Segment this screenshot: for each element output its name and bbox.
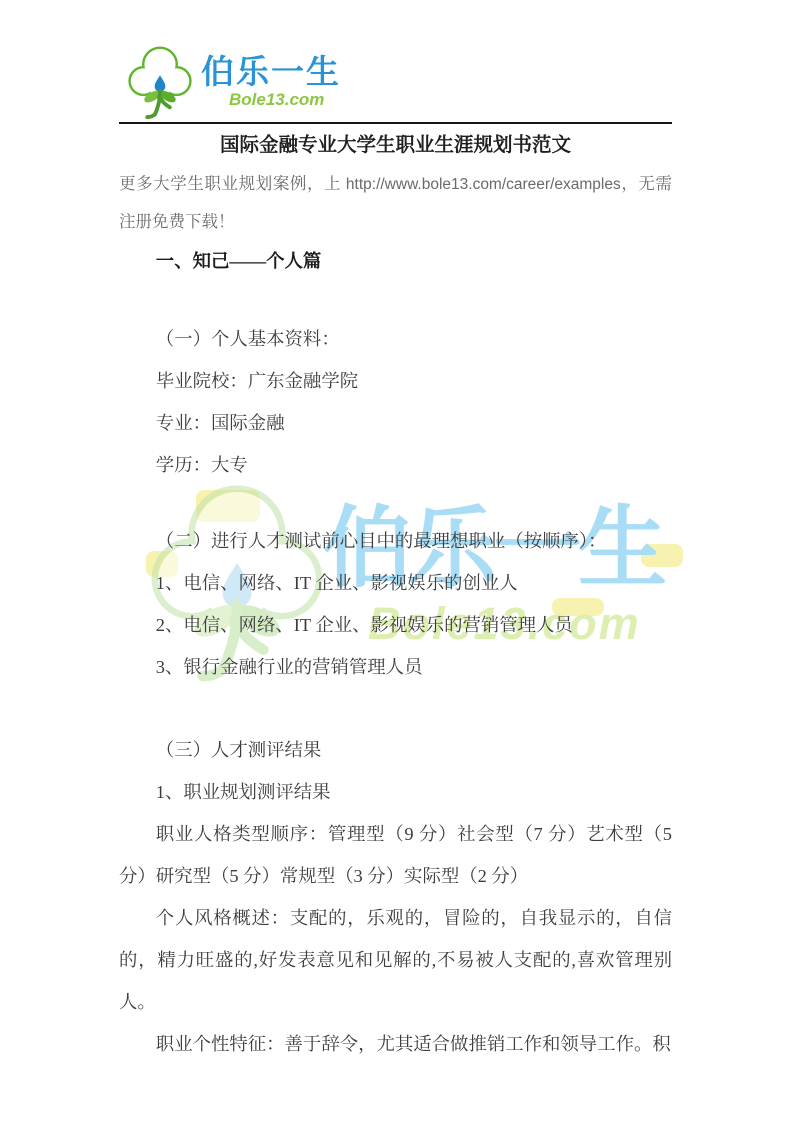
paragraph-ideal-job-1: 1、电信、网络、IT 企业、影视娱乐的创业人 xyxy=(119,562,672,604)
paragraph-personality-ranking: 职业人格类型顺序：管理型（9 分）社会型（7 分）艺术型（5 分）研究型（5 分… xyxy=(119,813,672,897)
subsection-ideal-jobs: （二）进行人才测试前心目中的最理想职业（按顺序）： xyxy=(119,520,672,562)
paragraph-personal-style: 个人风格概述：支配的，乐观的，冒险的，自我显示的，自信的，精力旺盛的,好发表意见… xyxy=(119,897,672,1023)
document-content: 伯乐一生 Bole13.com 国际金融专业大学生职业生涯规划书范文 更多大学生… xyxy=(0,0,793,1065)
intro-paragraph: 更多大学生职业规划案例，上 http://www.bole13.com/care… xyxy=(119,165,672,240)
document-title: 国际金融专业大学生职业生涯规划书范文 xyxy=(119,133,672,159)
paragraph-ideal-job-3: 3、银行金融行业的营销管理人员 xyxy=(119,646,672,688)
paragraph-ideal-job-2: 2、电信、网络、IT 企业、影视娱乐的营销管理人员 xyxy=(119,604,672,646)
intro-url: http://www.bole13.com/career/examples xyxy=(346,176,621,193)
tree-logo-icon xyxy=(127,46,193,120)
section-heading-know-yourself: 一、知己——个人篇 xyxy=(119,240,672,282)
brand-domain: Bole13.com xyxy=(229,90,341,110)
paragraph-assessment-result: 1、职业规划测评结果 xyxy=(119,771,672,813)
brand-logo: 伯乐一生 Bole13.com xyxy=(127,0,672,120)
paragraph-school: 毕业院校：广东金融学院 xyxy=(119,360,672,402)
page-header: 伯乐一生 Bole13.com xyxy=(119,0,672,124)
paragraph-major: 专业：国际金融 xyxy=(119,402,672,444)
subsection-assessment: （三）人才测评结果 xyxy=(119,729,672,771)
brand-logo-text: 伯乐一生 Bole13.com xyxy=(201,46,341,110)
paragraph-degree: 学历：大专 xyxy=(119,444,672,486)
document-page: 伯乐一生 Bole13.com xyxy=(0,0,793,1122)
header-divider xyxy=(119,122,672,124)
brand-name: 伯乐一生 xyxy=(201,54,341,90)
intro-prefix: 更多大学生职业规划案例，上 xyxy=(119,174,346,193)
paragraph-career-traits: 职业个性特征：善于辞令，尤其适合做推销工作和领导工作。积 xyxy=(119,1023,672,1065)
subsection-basic-info: （一）个人基本资料： xyxy=(119,318,672,360)
